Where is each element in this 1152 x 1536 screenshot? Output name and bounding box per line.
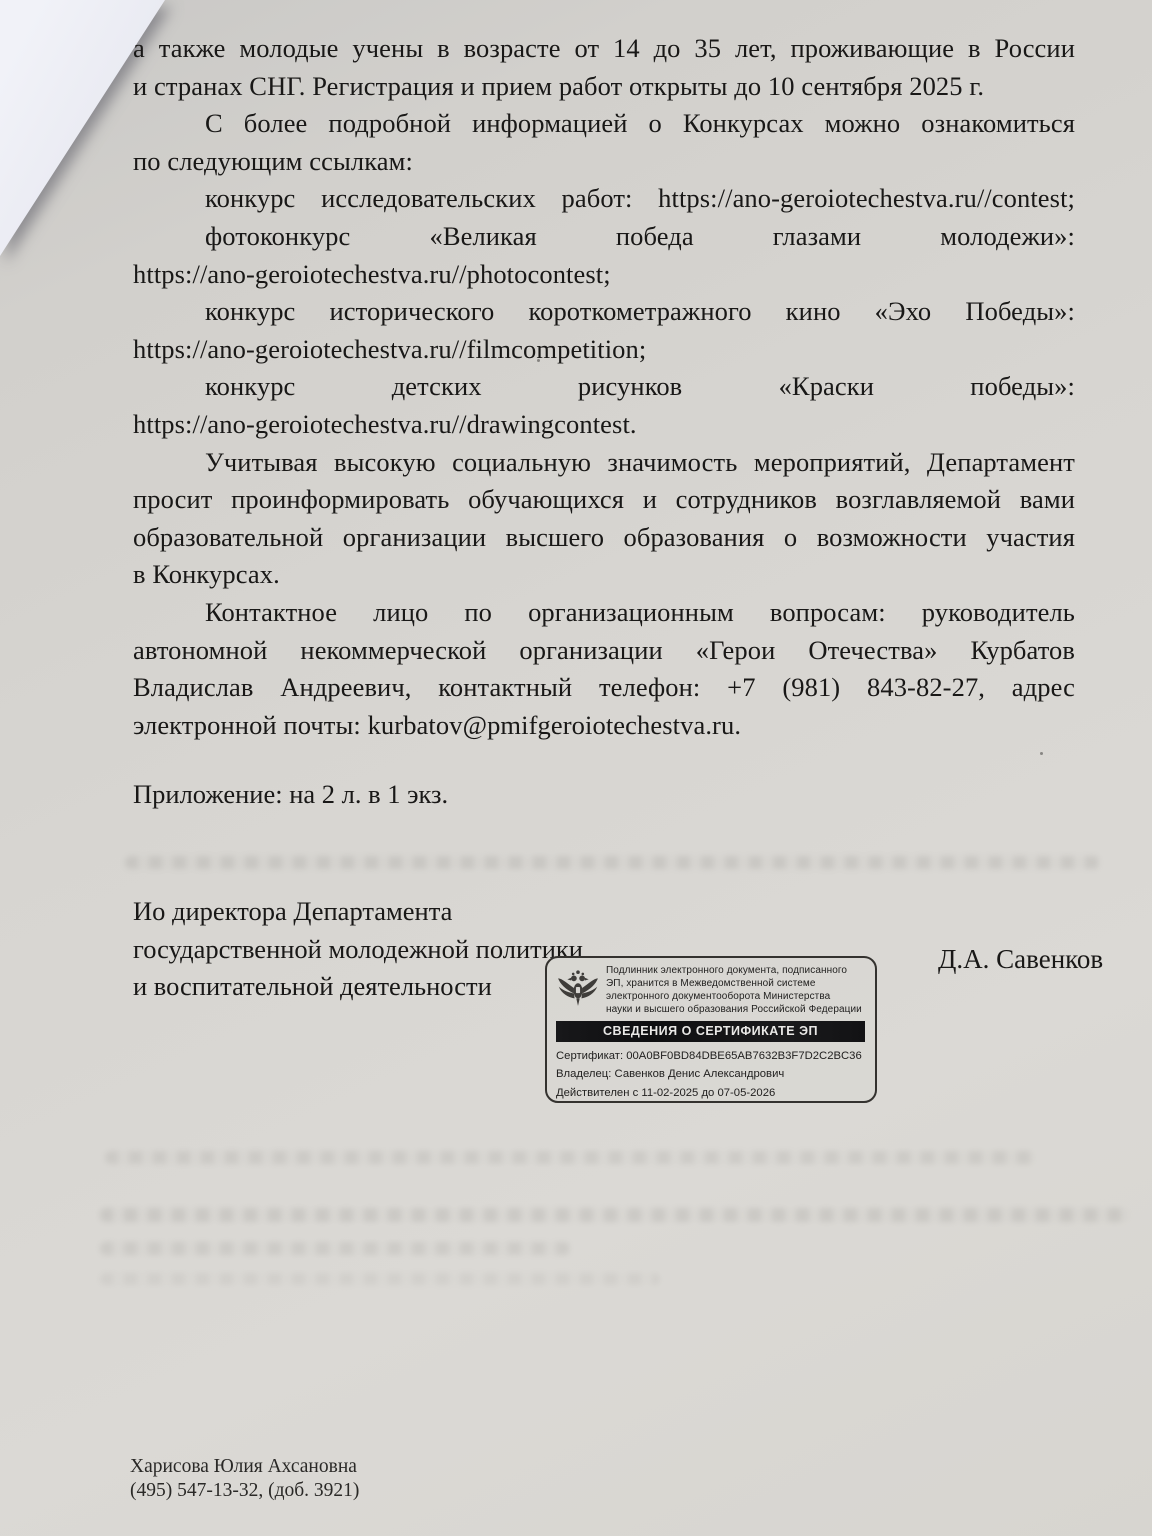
body-line: https://ano-geroiotechestva.ru//drawingc… — [133, 406, 1075, 444]
body-line: и странах СНГ. Регистрация и прием работ… — [133, 68, 1075, 106]
letter-page: а также молодые учены в возрасте от 14 д… — [0, 0, 1152, 1536]
bleedthrough-line — [105, 1151, 1035, 1164]
signer-position: Ио директора Департаментагосударственной… — [133, 893, 583, 1006]
executor-footer: Харисова Юлия Ахсановна (495) 547-13-32,… — [130, 1455, 359, 1502]
bleedthrough-line — [100, 1242, 570, 1255]
signer-position-line: Ио директора Департамента — [133, 893, 583, 931]
body-line: Владислав Андреевич, контактный телефон:… — [133, 669, 1075, 707]
body-line: в Конкурсах. — [133, 556, 1075, 594]
certificate-owner: Владелец: Савенков Денис Александрович — [556, 1065, 865, 1084]
body-line: автономной некоммерческой организации «Г… — [133, 632, 1075, 670]
stamp-certificate-info: Сертификат: 00A0BF0BD84DBE65AB7632B3F7D2… — [556, 1047, 865, 1103]
stamp-header-line: науки и высшего образования Российской Ф… — [606, 1004, 862, 1017]
body-line: а также молодые учены в возрасте от 14 д… — [133, 30, 1075, 68]
attachment-note: Приложение: на 2 л. в 1 экз. — [133, 779, 448, 810]
body-line: образовательной организации высшего обра… — [133, 519, 1075, 557]
body-line: Контактное лицо по организационным вопро… — [133, 594, 1075, 632]
signer-name: Д.А. Савенков — [938, 944, 1103, 975]
executor-name: Харисова Юлия Ахсановна — [130, 1455, 359, 1479]
signer-position-line: государственной молодежной политики — [133, 931, 583, 969]
letter-body: а также молодые учены в возрасте от 14 д… — [133, 30, 1075, 744]
body-line: Учитывая высокую социальную значимость м… — [133, 444, 1075, 482]
body-line: фотоконкурс «Великая победа глазами моло… — [133, 218, 1075, 256]
body-line: электронной почты: kurbatov@pmifgeroiote… — [133, 707, 1075, 745]
bleedthrough-line — [100, 1273, 660, 1285]
double-headed-eagle-icon — [556, 966, 600, 1015]
stamp-header-line: электронного документооборота Министерст… — [606, 991, 862, 1004]
body-line: конкурс детских рисунков «Краски победы»… — [133, 368, 1075, 406]
body-line: конкурс исторического короткометражного … — [133, 293, 1075, 331]
body-line: https://ano-geroiotechestva.ru//photocon… — [133, 256, 1075, 294]
certificate-validity: Действителен с 11-02-2025 до 07-05-2026 — [556, 1084, 865, 1103]
stamp-certificate-bar: СВЕДЕНИЯ О СЕРТИФИКАТЕ ЭП — [556, 1021, 865, 1042]
signer-position-line: и воспитательной деятельности — [133, 968, 583, 1006]
esignature-stamp: Подлинник электронного документа, подпис… — [545, 956, 877, 1103]
body-line: просит проинформировать обучающихся и со… — [133, 481, 1075, 519]
body-line: по следующим ссылкам: — [133, 143, 1075, 181]
body-line: https://ano-geroiotechestva.ru//filmcomp… — [133, 331, 1075, 369]
certificate-number: Сертификат: 00A0BF0BD84DBE65AB7632B3F7D2… — [556, 1047, 865, 1066]
body-line: С более подробной информацией о Конкурса… — [133, 105, 1075, 143]
stamp-header-line: ЭП, хранится в Межведомственной системе — [606, 978, 862, 991]
dust-speck — [1040, 752, 1043, 755]
stamp-header-line: Подлинник электронного документа, подпис… — [606, 965, 862, 978]
bleedthrough-line — [125, 856, 1100, 869]
stamp-header-text: Подлинник электронного документа, подпис… — [606, 965, 862, 1017]
body-line: конкурс исследовательских работ: https:/… — [133, 180, 1075, 218]
executor-phone: (495) 547-13-32, (доб. 3921) — [130, 1479, 359, 1503]
bleedthrough-line — [100, 1208, 1130, 1222]
